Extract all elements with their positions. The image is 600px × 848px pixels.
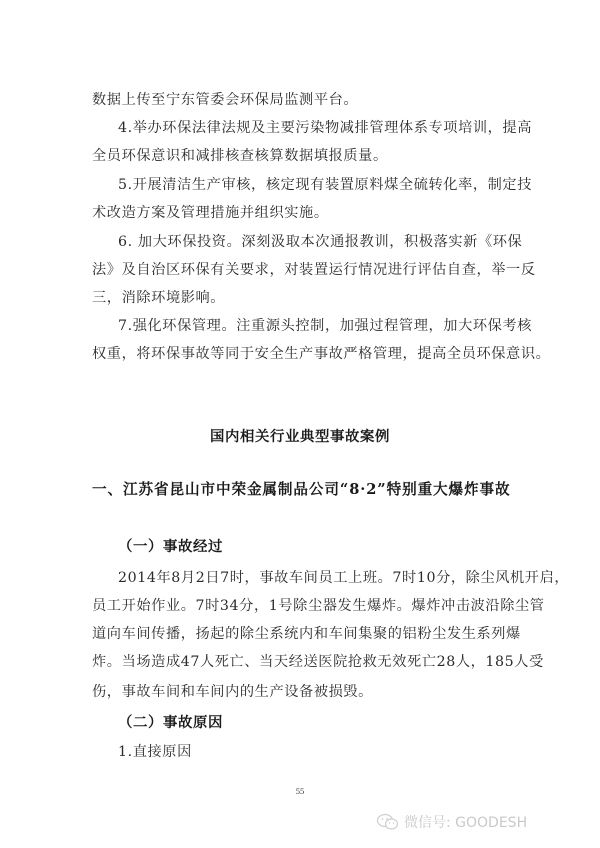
subsection-title-1: （一）事故经过 <box>118 538 538 556</box>
paragraph-line: 4.举办环保法律法规及主要污染物减排管理体系专项培训，提高 <box>118 119 538 137</box>
paragraph-line: 炸。当场造成47人死亡、当天经送医院抢救无效死亡28人，185人受 <box>92 653 512 671</box>
paragraph-line: 2014年8月2日7时，事故车间员工上班。7时10分，除尘风机开启， <box>118 569 538 587</box>
paragraph-line: 权重，将环保事故等同于安全生产事故严格管理，提高全员环保意识。 <box>92 345 512 363</box>
paragraph-line: 5.开展清洁生产审核，核定现有装置原料煤全硫转化率，制定技 <box>118 176 538 194</box>
paragraph-line: 术改造方案及管理措施并组织实施。 <box>92 204 512 222</box>
case-heading: 一、江苏省昆山市中荣金属制品公司“8·2”特别重大爆炸事故 <box>92 481 512 499</box>
wechat-icon <box>376 813 400 831</box>
section-title: 国内相关行业典型事故案例 <box>0 428 600 446</box>
paragraph-line: 伤，事故车间和车间内的生产设备被损毁。 <box>92 683 512 701</box>
paragraph-line: 6. 加大环保投资。深刻汲取本次通报教训，积极落实新《环保 <box>118 233 538 251</box>
paragraph-line: 三，消除环境影响。 <box>92 289 512 307</box>
paragraph-line: 数据上传至宁东管委会环保局监测平台。 <box>92 91 512 109</box>
paragraph-line: 全员环保意识和减排核查核算数据填报质量。 <box>92 147 512 165</box>
paragraph-line: 7.强化环保管理。注重源头控制，加强过程管理，加大环保考核 <box>118 317 538 335</box>
paragraph-line: 员工开始作业。7时34分，1号除尘器发生爆炸。爆炸冲击波沿除尘管 <box>92 597 512 615</box>
paragraph-line: 法》及自治区环保有关要求，对装置运行情况进行评估自查，举一反 <box>92 261 512 279</box>
page-number: 55 <box>0 786 600 796</box>
watermark: 微信号: GOODESH <box>376 811 527 833</box>
list-item: 1.直接原因 <box>118 743 538 761</box>
paragraph-line: 道向车间传播，扬起的除尘系统内和车间集聚的铝粉尘发生系列爆 <box>92 625 512 643</box>
watermark-text: 微信号: GOODESH <box>404 812 527 832</box>
subsection-title-2: （二）事故原因 <box>118 714 538 732</box>
document-page: 数据上传至宁东管委会环保局监测平台。 4.举办环保法律法规及主要污染物减排管理体… <box>0 0 600 848</box>
